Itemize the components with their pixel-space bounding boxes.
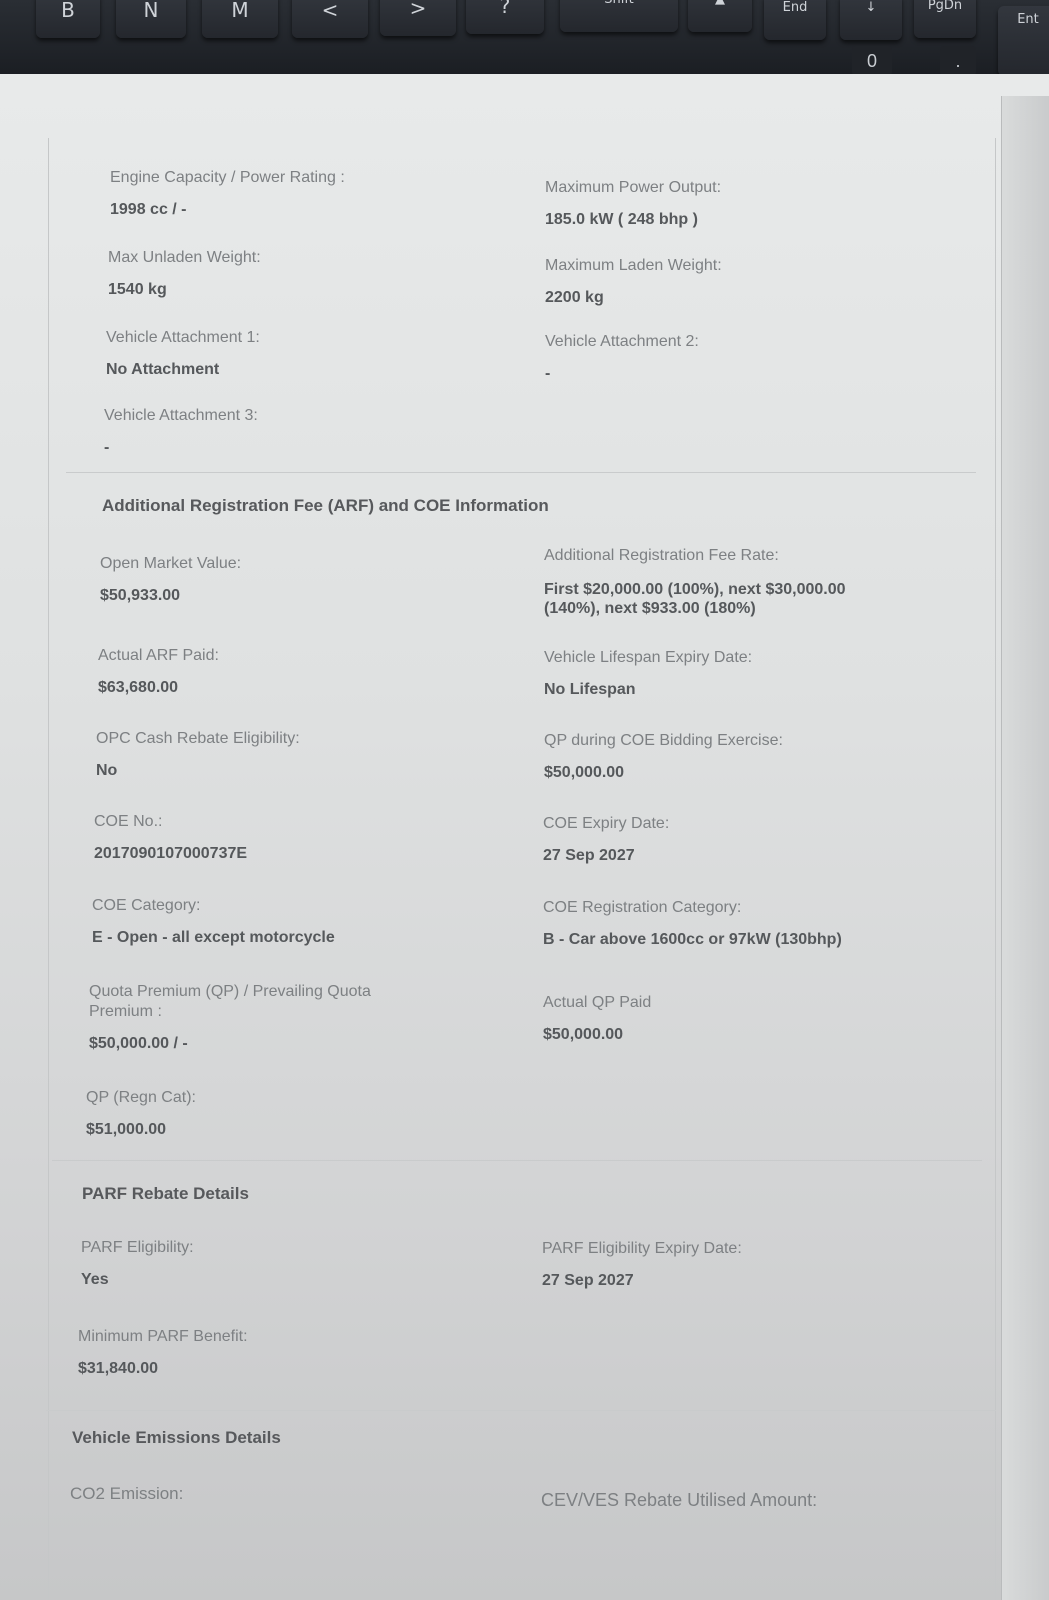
field-max-unladen-weight: Max Unladen Weight: 1540 kg — [108, 248, 528, 300]
field-value: - — [545, 364, 965, 384]
field-vehicle-attachment-1: Vehicle Attachment 1: No Attachment — [106, 328, 526, 380]
field-label: Vehicle Attachment 1: — [106, 328, 526, 348]
field-parf-eligibility: PARF Eligibility: Yes — [81, 1238, 501, 1290]
field-label: Additional Registration Fee Rate: — [544, 546, 904, 566]
field-label: COE Category: — [92, 896, 512, 916]
field-label: CO2 Emission: — [70, 1484, 490, 1504]
key-m: M — [202, 0, 278, 38]
field-label: Minimum PARF Benefit: — [78, 1327, 498, 1347]
keyboard: B N M < > ? Shift ▲ End ↓ PgDn Ent 0 . — [0, 0, 1049, 80]
field-qp-regn-cat: QP (Regn Cat): $51,000.00 — [86, 1088, 506, 1140]
field-label: Vehicle Attachment 3: — [104, 406, 524, 426]
field-value: $50,000.00 — [544, 763, 964, 783]
field-label: Vehicle Attachment 2: — [545, 332, 965, 352]
section-divider — [52, 1160, 982, 1161]
field-label: Maximum Power Output: — [545, 178, 965, 198]
section-title-arf-coe: Additional Registration Fee (ARF) and CO… — [102, 496, 549, 516]
field-value: 185.0 kW ( 248 bhp ) — [545, 210, 965, 230]
key-shift: Shift — [560, 0, 678, 32]
key-up-arrow: ▲ — [688, 0, 752, 32]
field-arf-rate: Additional Registration Fee Rate: First … — [544, 546, 904, 618]
field-value: $63,680.00 — [98, 678, 518, 698]
field-actual-arf-paid: Actual ARF Paid: $63,680.00 — [98, 646, 518, 698]
field-value: Yes — [81, 1270, 501, 1290]
field-label: Max Unladen Weight: — [108, 248, 528, 268]
field-max-laden-weight: Maximum Laden Weight: 2200 kg — [545, 256, 965, 308]
field-parf-expiry: PARF Eligibility Expiry Date: 27 Sep 202… — [542, 1239, 962, 1291]
paper-stack-edge — [1001, 96, 1049, 1600]
field-value: B - Car above 1600cc or 97kW (130bhp) — [543, 930, 963, 950]
section-divider — [46, 1410, 996, 1411]
field-vehicle-attachment-2: Vehicle Attachment 2: - — [545, 332, 965, 384]
field-value: 2017090107000737E — [94, 844, 514, 864]
field-value: No — [96, 761, 516, 781]
field-label: Engine Capacity / Power Rating : — [110, 168, 530, 188]
key-end: End — [764, 0, 826, 40]
field-value: $50,000.00 / - — [89, 1034, 429, 1054]
field-opc-rebate: OPC Cash Rebate Eligibility: No — [96, 729, 516, 781]
field-value: No Lifespan — [544, 680, 964, 700]
field-co2-emission: CO2 Emission: — [70, 1484, 490, 1516]
field-value: 27 Sep 2027 — [543, 846, 963, 866]
field-engine-capacity: Engine Capacity / Power Rating : 1998 cc… — [110, 168, 530, 220]
key-period: > — [380, 0, 456, 36]
section-title-emissions: Vehicle Emissions Details — [72, 1428, 281, 1448]
field-value: 27 Sep 2027 — [542, 1271, 962, 1291]
field-coe-expiry: COE Expiry Date: 27 Sep 2027 — [543, 814, 963, 866]
field-label: PARF Eligibility: — [81, 1238, 501, 1258]
field-label: Open Market Value: — [100, 554, 520, 574]
key-n: N — [116, 0, 186, 38]
field-value: E - Open - all except motorcycle — [92, 928, 512, 948]
field-value: $31,840.00 — [78, 1359, 498, 1379]
field-coe-registration-category: COE Registration Category: B - Car above… — [543, 898, 963, 950]
key-enter: Ent — [998, 6, 1049, 76]
key-down-arrow: ↓ — [840, 0, 902, 40]
field-coe-no: COE No.: 2017090107000737E — [94, 812, 514, 864]
field-cev-ves-rebate: CEV/VES Rebate Utilised Amount: — [541, 1490, 961, 1522]
field-quota-premium: Quota Premium (QP) / Prevailing Quota Pr… — [89, 982, 429, 1054]
field-label: QP (Regn Cat): — [86, 1088, 506, 1108]
field-value: No Attachment — [106, 360, 526, 380]
field-vehicle-attachment-3: Vehicle Attachment 3: - — [104, 406, 524, 458]
field-min-parf-benefit: Minimum PARF Benefit: $31,840.00 — [78, 1327, 498, 1379]
field-value: - — [104, 438, 524, 458]
field-qp-bidding: QP during COE Bidding Exercise: $50,000.… — [544, 731, 964, 783]
field-lifespan-expiry: Vehicle Lifespan Expiry Date: No Lifespa… — [544, 648, 964, 700]
field-label: COE Registration Category: — [543, 898, 963, 918]
field-value: 2200 kg — [545, 288, 965, 308]
field-label: OPC Cash Rebate Eligibility: — [96, 729, 516, 749]
field-label: COE Expiry Date: — [543, 814, 963, 834]
field-label: CEV/VES Rebate Utilised Amount: — [541, 1490, 961, 1510]
field-label: PARF Eligibility Expiry Date: — [542, 1239, 962, 1259]
key-pgdn: PgDn — [914, 0, 976, 38]
key-b: B — [36, 0, 100, 38]
field-label: QP during COE Bidding Exercise: — [544, 731, 964, 751]
key-decimal: . — [940, 46, 976, 76]
field-value: First $20,000.00 (100%), next $30,000.00… — [544, 580, 904, 618]
field-label: Maximum Laden Weight: — [545, 256, 965, 276]
field-max-power-output: Maximum Power Output: 185.0 kW ( 248 bhp… — [545, 178, 965, 230]
field-label: Actual ARF Paid: — [98, 646, 518, 666]
key-comma: < — [292, 0, 368, 38]
field-actual-qp-paid: Actual QP Paid $50,000.00 — [543, 993, 963, 1045]
field-value: 1998 cc / - — [110, 200, 530, 220]
field-open-market-value: Open Market Value: $50,933.00 — [100, 554, 520, 606]
field-label: Quota Premium (QP) / Prevailing Quota Pr… — [89, 982, 429, 1022]
section-title-parf: PARF Rebate Details — [82, 1184, 249, 1204]
field-label: Actual QP Paid — [543, 993, 963, 1013]
field-value: $50,933.00 — [100, 586, 520, 606]
field-value: 1540 kg — [108, 280, 528, 300]
field-coe-category: COE Category: E - Open - all except moto… — [92, 896, 512, 948]
field-label: Vehicle Lifespan Expiry Date: — [544, 648, 964, 668]
field-value: $51,000.00 — [86, 1120, 506, 1140]
field-value: $50,000.00 — [543, 1025, 963, 1045]
field-label: COE No.: — [94, 812, 514, 832]
section-divider — [66, 472, 976, 473]
key-zero: 0 — [852, 46, 892, 76]
key-slash: ? — [466, 0, 544, 34]
